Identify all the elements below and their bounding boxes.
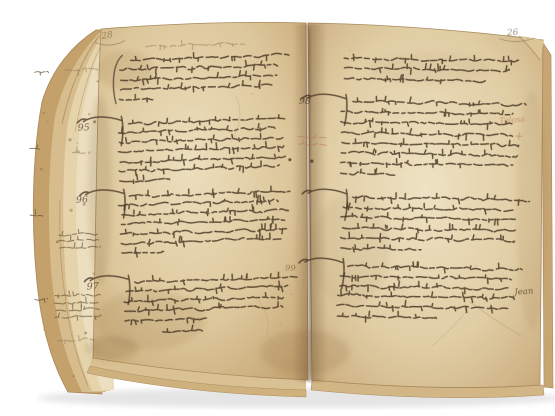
speck [83,203,86,206]
speck [43,329,44,330]
speck [47,121,48,122]
speck [93,120,96,123]
speck [310,331,312,333]
speck [406,109,408,111]
book: 28 95 96 97 26 98 99 Tolosa + Jean [30,22,553,397]
speck [130,309,131,310]
speck [77,150,80,153]
margin-note-red: Tolosa [499,115,526,126]
speck [341,266,342,267]
speck [251,93,253,95]
speck [396,290,397,291]
speck [181,219,182,220]
entry-number-97: 97 [87,281,100,292]
speck [402,215,403,216]
folio-number: 26 [506,28,519,39]
speck [108,273,110,275]
speck [291,293,293,295]
speck [510,267,512,269]
margin-note-name: Jean [512,287,533,298]
speck [97,80,99,82]
entry-number-95: 95 [78,122,90,133]
speck [77,142,79,144]
speck [222,220,224,222]
speck [516,115,517,116]
speck [388,177,389,178]
folio-scribble: 28 [100,30,114,42]
entry-number-99: 99 [285,264,297,274]
speck [151,298,153,300]
margin-cross-icon: + [514,130,523,143]
speck [383,72,384,73]
speck [286,242,287,243]
speck [84,332,87,335]
speck [349,50,351,52]
entry-number-98: 98 [299,96,311,107]
speck [110,252,111,253]
speck [485,77,486,78]
speck [297,118,298,119]
speck [520,279,521,280]
speck [475,265,477,267]
speck [527,38,529,40]
speck [73,375,75,377]
speck [145,166,146,167]
speck [56,241,59,244]
entry-number-96: 96 [76,195,88,206]
speck [283,312,284,313]
manuscript-photo: 28 95 96 97 26 98 99 Tolosa + Jean [0,0,555,416]
manuscript-svg: 28 95 96 97 26 98 99 Tolosa + Jean [0,0,555,416]
speck [69,209,72,212]
speck [93,272,96,275]
speck [298,124,300,126]
speck [40,168,43,171]
speck [122,165,123,166]
speck [149,345,150,346]
speck [68,138,71,141]
speck [313,126,314,127]
speck [475,370,476,371]
speck [334,55,335,56]
speck [279,324,281,326]
speck [125,342,126,343]
speck [88,113,91,116]
speck [43,112,45,114]
